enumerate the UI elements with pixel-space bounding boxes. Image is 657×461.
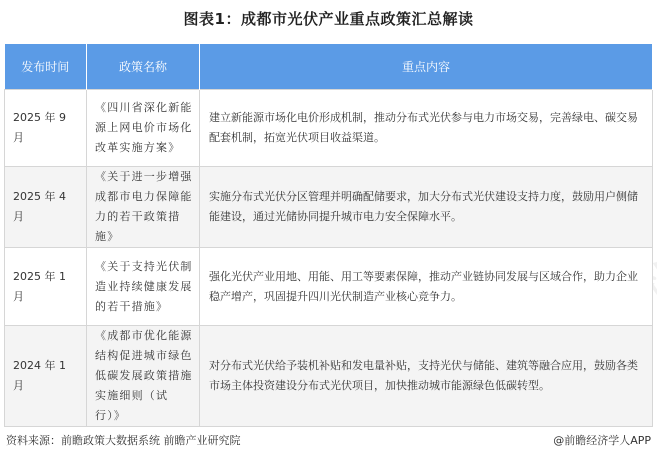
page-title: 图表1：成都市光伏产业重点政策汇总解读 bbox=[0, 8, 657, 29]
cell-key-content: 强化光伏产业用地、用能、用工等要素保障，推动产业链协同发展与区域合作，助力企业稳… bbox=[200, 248, 653, 326]
cell-date: 2025 年 1 月 bbox=[5, 248, 87, 326]
cell-date: 2024 年 1 月 bbox=[5, 326, 87, 427]
cell-date: 2025 年 4 月 bbox=[5, 167, 87, 248]
cell-policy-name: 《四川省深化新能源上网电价市场化改革实施方案》 bbox=[87, 90, 200, 167]
header-key-content: 重点内容 bbox=[200, 44, 653, 90]
cell-policy-name: 《成都市优化能源结构促进城市绿色低碳发展政策措施实施细则（试行）》 bbox=[87, 326, 200, 427]
header-date: 发布时间 bbox=[5, 44, 87, 90]
source-note: 资料来源：前瞻政策大数据系统 前瞻产业研究院 bbox=[6, 432, 241, 448]
table-header-row: 发布时间 政策名称 重点内容 bbox=[5, 44, 653, 90]
cell-key-content: 建立新能源市场化电价形成机制，推动分布式光伏参与电力市场交易，完善绿电、碳交易配… bbox=[200, 90, 653, 167]
cell-policy-name: 《关于进一步增强成都市电力保障能力的若干政策措施》 bbox=[87, 167, 200, 248]
cell-key-content: 对分布式光伏给予装机补贴和发电量补贴，支持光伏与储能、建筑等融合应用，鼓励各类市… bbox=[200, 326, 653, 427]
cell-key-content: 实施分布式光伏分区管理并明确配储要求，加大分布式光伏建设支持力度，鼓励用户侧储能… bbox=[200, 167, 653, 248]
table-row: 2024 年 1 月 《成都市优化能源结构促进城市绿色低碳发展政策措施实施细则（… bbox=[5, 326, 653, 427]
table-row: 2025 年 1 月 《关于支持光伏制造业持续健康发展的若干措施》 强化光伏产业… bbox=[5, 248, 653, 326]
header-policy-name: 政策名称 bbox=[87, 44, 200, 90]
table-row: 2025 年 4 月 《关于进一步增强成都市电力保障能力的若干政策措施》 实施分… bbox=[5, 167, 653, 248]
table-row: 2025 年 9 月 《四川省深化新能源上网电价市场化改革实施方案》 建立新能源… bbox=[5, 90, 653, 167]
credit-note: @前瞻经济学人APP bbox=[553, 432, 651, 448]
policy-table: 发布时间 政策名称 重点内容 2025 年 9 月 《四川省深化新能源上网电价市… bbox=[4, 44, 653, 427]
footer: 资料来源：前瞻政策大数据系统 前瞻产业研究院 @前瞻经济学人APP bbox=[6, 432, 651, 448]
cell-policy-name: 《关于支持光伏制造业持续健康发展的若干措施》 bbox=[87, 248, 200, 326]
cell-date: 2025 年 9 月 bbox=[5, 90, 87, 167]
